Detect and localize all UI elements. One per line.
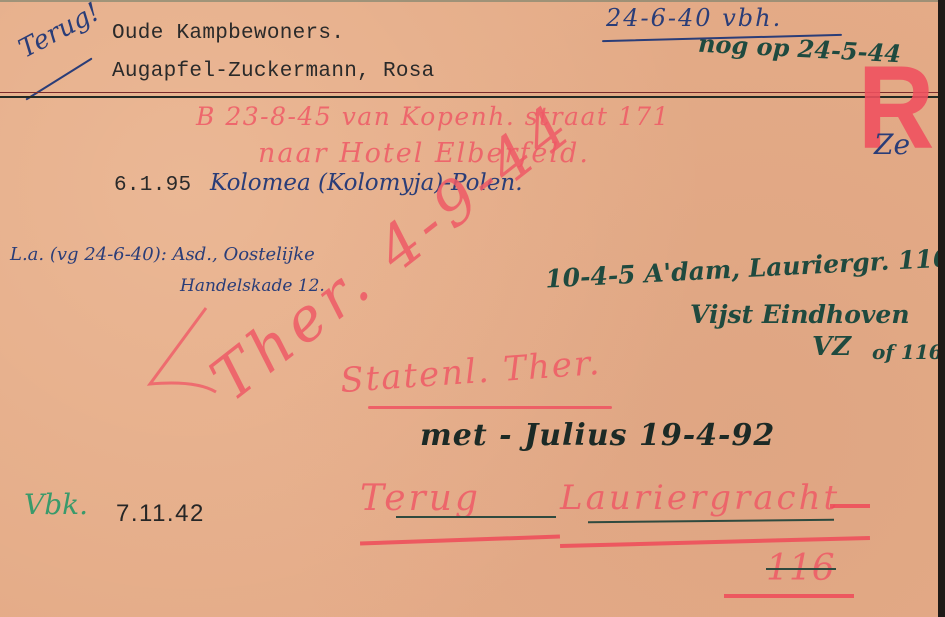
strike-dark-2: [588, 519, 834, 524]
strike-red-2: [560, 536, 870, 548]
last-address-line1: L.a. (vg 24-6-40): Asd., Oostelijke: [10, 244, 315, 265]
strike-dark-1: [396, 516, 556, 518]
red-statenloos-underline: [368, 406, 612, 409]
green-number: of 116: [872, 340, 938, 364]
struck-terug: Terug: [360, 478, 481, 519]
terug-annotation: Terug!: [14, 0, 105, 64]
scan-edge: [938, 0, 945, 617]
card-top-edge: [0, 0, 938, 2]
header-rule-dark: [0, 96, 938, 98]
terug-underline: [25, 57, 92, 100]
strike-red-1: [360, 535, 560, 546]
header-rule-red: [0, 92, 938, 93]
struck-lauriergracht: Lauriergracht: [560, 478, 840, 518]
initials-signature: Ze: [874, 128, 910, 161]
green-address-line2: Vijst Eindhoven: [690, 300, 910, 329]
strike-red-tail: [830, 504, 870, 508]
birth-date: 6.1.95: [114, 174, 191, 197]
top-right-date-note: 24-6-40 vbh.: [606, 4, 782, 32]
strike-red-3: [724, 594, 854, 598]
vbk-label: Vbk.: [24, 488, 88, 521]
green-address-line1: 10-4-5 A'dam, Lauriergr. 116: [545, 243, 938, 293]
person-name: Augapfel-Zuckermann, Rosa: [112, 60, 435, 83]
green-initials: VZ: [812, 332, 851, 362]
red-transfer-note-line1: B 23-8-45 van Kopenh. straat 171: [196, 102, 670, 131]
strike-dark-3: [766, 568, 836, 570]
archive-index-card: Oude Kampbewoners. Augapfel-Zuckermann, …: [0, 0, 938, 617]
black-julius-note: met - Julius 19-4-92: [420, 418, 775, 453]
vbk-date: 7.11.42: [116, 500, 205, 528]
red-statenloos-note: Statenl. Ther.: [339, 343, 603, 401]
category-label: Oude Kampbewoners.: [112, 22, 344, 45]
red-pencil-stroke: [146, 300, 266, 400]
